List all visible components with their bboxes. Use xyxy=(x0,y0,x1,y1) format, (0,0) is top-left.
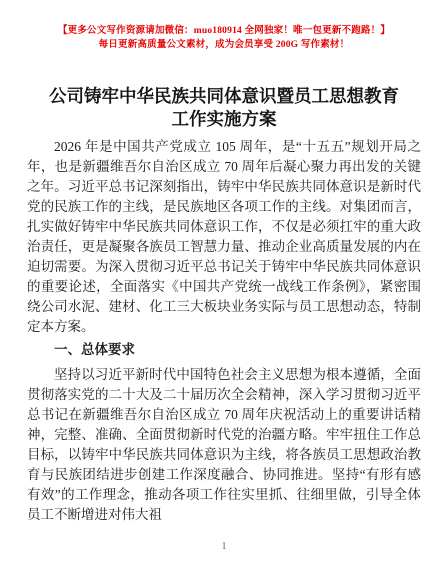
intro-paragraph: 2026 年是中国共产党成立 105 周年，是“十五五”规划开局之年，也是新疆维… xyxy=(27,137,421,337)
promo-banner: 【更多公文写作资源请加微信：muo180914 全网独家！唯一包更新不跑路！】 … xyxy=(0,24,448,52)
document-page: 【更多公文写作资源请加微信：muo180914 全网独家！唯一包更新不跑路！】 … xyxy=(0,0,448,580)
document-body: 2026 年是中国共产党成立 105 周年，是“十五五”规划开局之年，也是新疆维… xyxy=(27,137,421,529)
page-number: 1 xyxy=(0,541,448,552)
section-heading: 一、总体要求 xyxy=(27,340,421,360)
promo-banner-line1: 【更多公文写作资源请加微信：muo180914 全网独家！唯一包更新不跑路！】 xyxy=(0,24,448,38)
section-paragraph: 坚持以习近平新时代中国特色社会主义思想为根本遵循，全面贯彻落实党的二十大及二十届… xyxy=(27,365,421,525)
document-title-line1: 公司铸牢中华民族共同体意识暨员工思想教育 xyxy=(49,86,399,106)
document-title-line2: 工作实施方案 xyxy=(172,109,277,129)
document-title: 公司铸牢中华民族共同体意识暨员工思想教育 工作实施方案 xyxy=(16,85,432,131)
promo-banner-line2: 每日更新高质量公文素材，成为会员享受 200G 写作素材！ xyxy=(0,38,448,52)
